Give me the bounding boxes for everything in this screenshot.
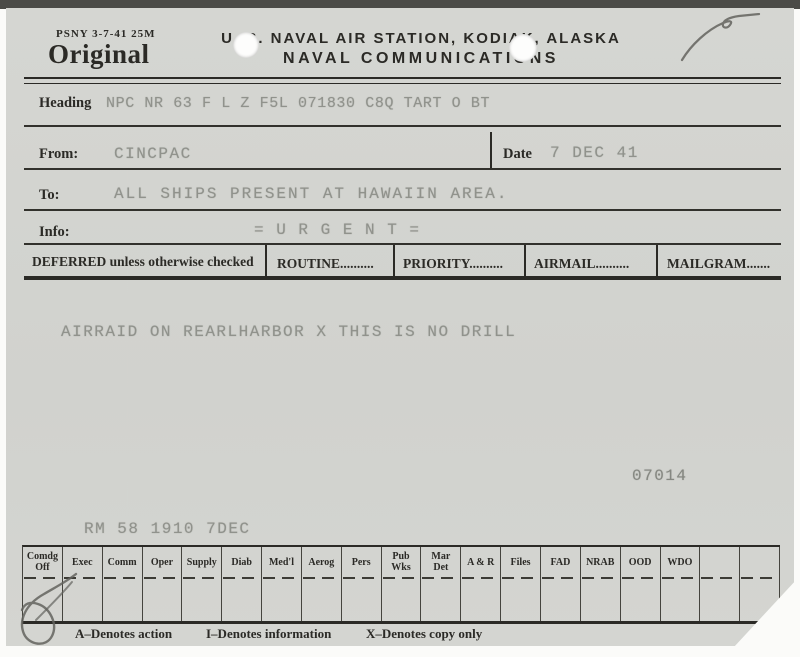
footnote-copy-only: X–Denotes copy only [366,626,482,642]
punch-hole [233,32,259,58]
routing-column-label: Diab [222,547,261,577]
routing-cell [143,579,182,621]
pencil-checkmark [679,13,764,63]
deferred-label: DEFERRED unless otherwise checked [32,254,254,270]
routing-cell [421,579,460,621]
precedence-divider [656,245,658,276]
precedence-divider [265,245,267,276]
routing-cell [581,579,620,621]
routing-column: OOD [621,547,661,621]
section-divider [24,276,781,280]
routing-column: Pers [342,547,382,621]
telegram-form: PSNY 3-7-41 25M Original U. S. NAVAL AIR… [6,8,794,646]
scanned-telegram-page: PSNY 3-7-41 25M Original U. S. NAVAL AIR… [0,0,800,657]
routing-cell [182,579,221,621]
precedence-option-priority: PRIORITY.......... [403,256,503,272]
date-value: 7 DEC 41 [550,144,639,162]
routing-column-label: Med'l [262,547,301,577]
routing-column: Comm [103,547,143,621]
routing-column-label: OOD [621,547,660,577]
date-label: Date [503,146,532,163]
routing-cell [621,579,660,621]
from-value: CINCPAC [114,145,192,163]
routing-cell [461,579,500,621]
heading-label: Heading [39,95,91,112]
info-label: Info: [39,224,70,241]
row-divider [24,209,781,211]
serial-number: 07014 [632,467,688,485]
precedence-option-routine: ROUTINE.......... [277,256,374,272]
routing-column: Mar Det [421,547,461,621]
from-label: From: [39,146,78,163]
routing-column-label: Pers [342,547,381,577]
routing-column-label: Oper [143,547,182,577]
routing-column: WDO [661,547,701,621]
heading-value: NPC NR 63 F L Z F5L 071830 C8Q TART O BT [106,95,490,112]
routing-column: Med'l [262,547,302,621]
routing-column: Files [501,547,541,621]
date-cell-divider [490,132,492,168]
operator-entry: RM 58 1910 7DEC [84,520,251,538]
precedence-option-airmail: AIRMAIL.......... [534,256,629,272]
copy-type-label: Original [48,39,150,70]
to-label: To: [39,187,59,204]
info-value: = U R G E N T = [254,221,421,239]
precedence-option-mailgram: MAILGRAM....... [667,256,770,272]
routing-cell [342,579,381,621]
routing-column-label: Mar Det [421,547,460,577]
routing-column: Diab [222,547,262,621]
routing-column-label: Supply [182,547,221,577]
routing-cell [302,579,341,621]
precedence-divider [524,245,526,276]
routing-column: Aerog [302,547,342,621]
routing-column-label: Files [501,547,540,577]
routing-column: A & R [461,547,501,621]
routing-column-label: Comm [103,547,142,577]
routing-column: Pub Wks [382,547,422,621]
routing-cell [382,579,421,621]
routing-column [700,547,740,621]
message-body: AIRRAID ON REARLHARBOR X THIS IS NO DRIL… [61,323,516,341]
routing-column: Supply [182,547,222,621]
punch-hole [509,34,537,62]
routing-cell [541,579,580,621]
routing-column-label: NRAB [581,547,620,577]
pencil-initial [16,568,96,653]
routing-column: NRAB [581,547,621,621]
routing-column-label: A & R [461,547,500,577]
row-divider [24,243,781,245]
routing-table: Comdg OffExecCommOperSupplyDiabMed'lAero… [22,545,780,624]
routing-column-label [700,547,739,577]
routing-cell [700,579,739,621]
routing-column-label: WDO [661,547,700,577]
routing-column-label: FAD [541,547,580,577]
routing-column: Oper [143,547,183,621]
routing-cell [103,579,142,621]
footnote-information: I–Denotes information [206,626,331,642]
routing-cell [262,579,301,621]
routing-column-label: Aerog [302,547,341,577]
row-divider [24,168,781,170]
routing-column: FAD [541,547,581,621]
routing-column-label [740,547,779,577]
routing-column-label: Pub Wks [382,547,421,577]
routing-cell [661,579,700,621]
routing-column [740,547,780,621]
scanner-edge [0,0,800,9]
row-divider [24,125,781,127]
routing-cell [740,579,779,621]
routing-cell [222,579,261,621]
precedence-divider [393,245,395,276]
to-value: ALL SHIPS PRESENT AT HAWAIIN AREA. [114,185,508,203]
station-subtitle: NAVAL COMMUNICATIONS [186,50,656,68]
header-divider [24,77,781,84]
routing-cell [501,579,540,621]
